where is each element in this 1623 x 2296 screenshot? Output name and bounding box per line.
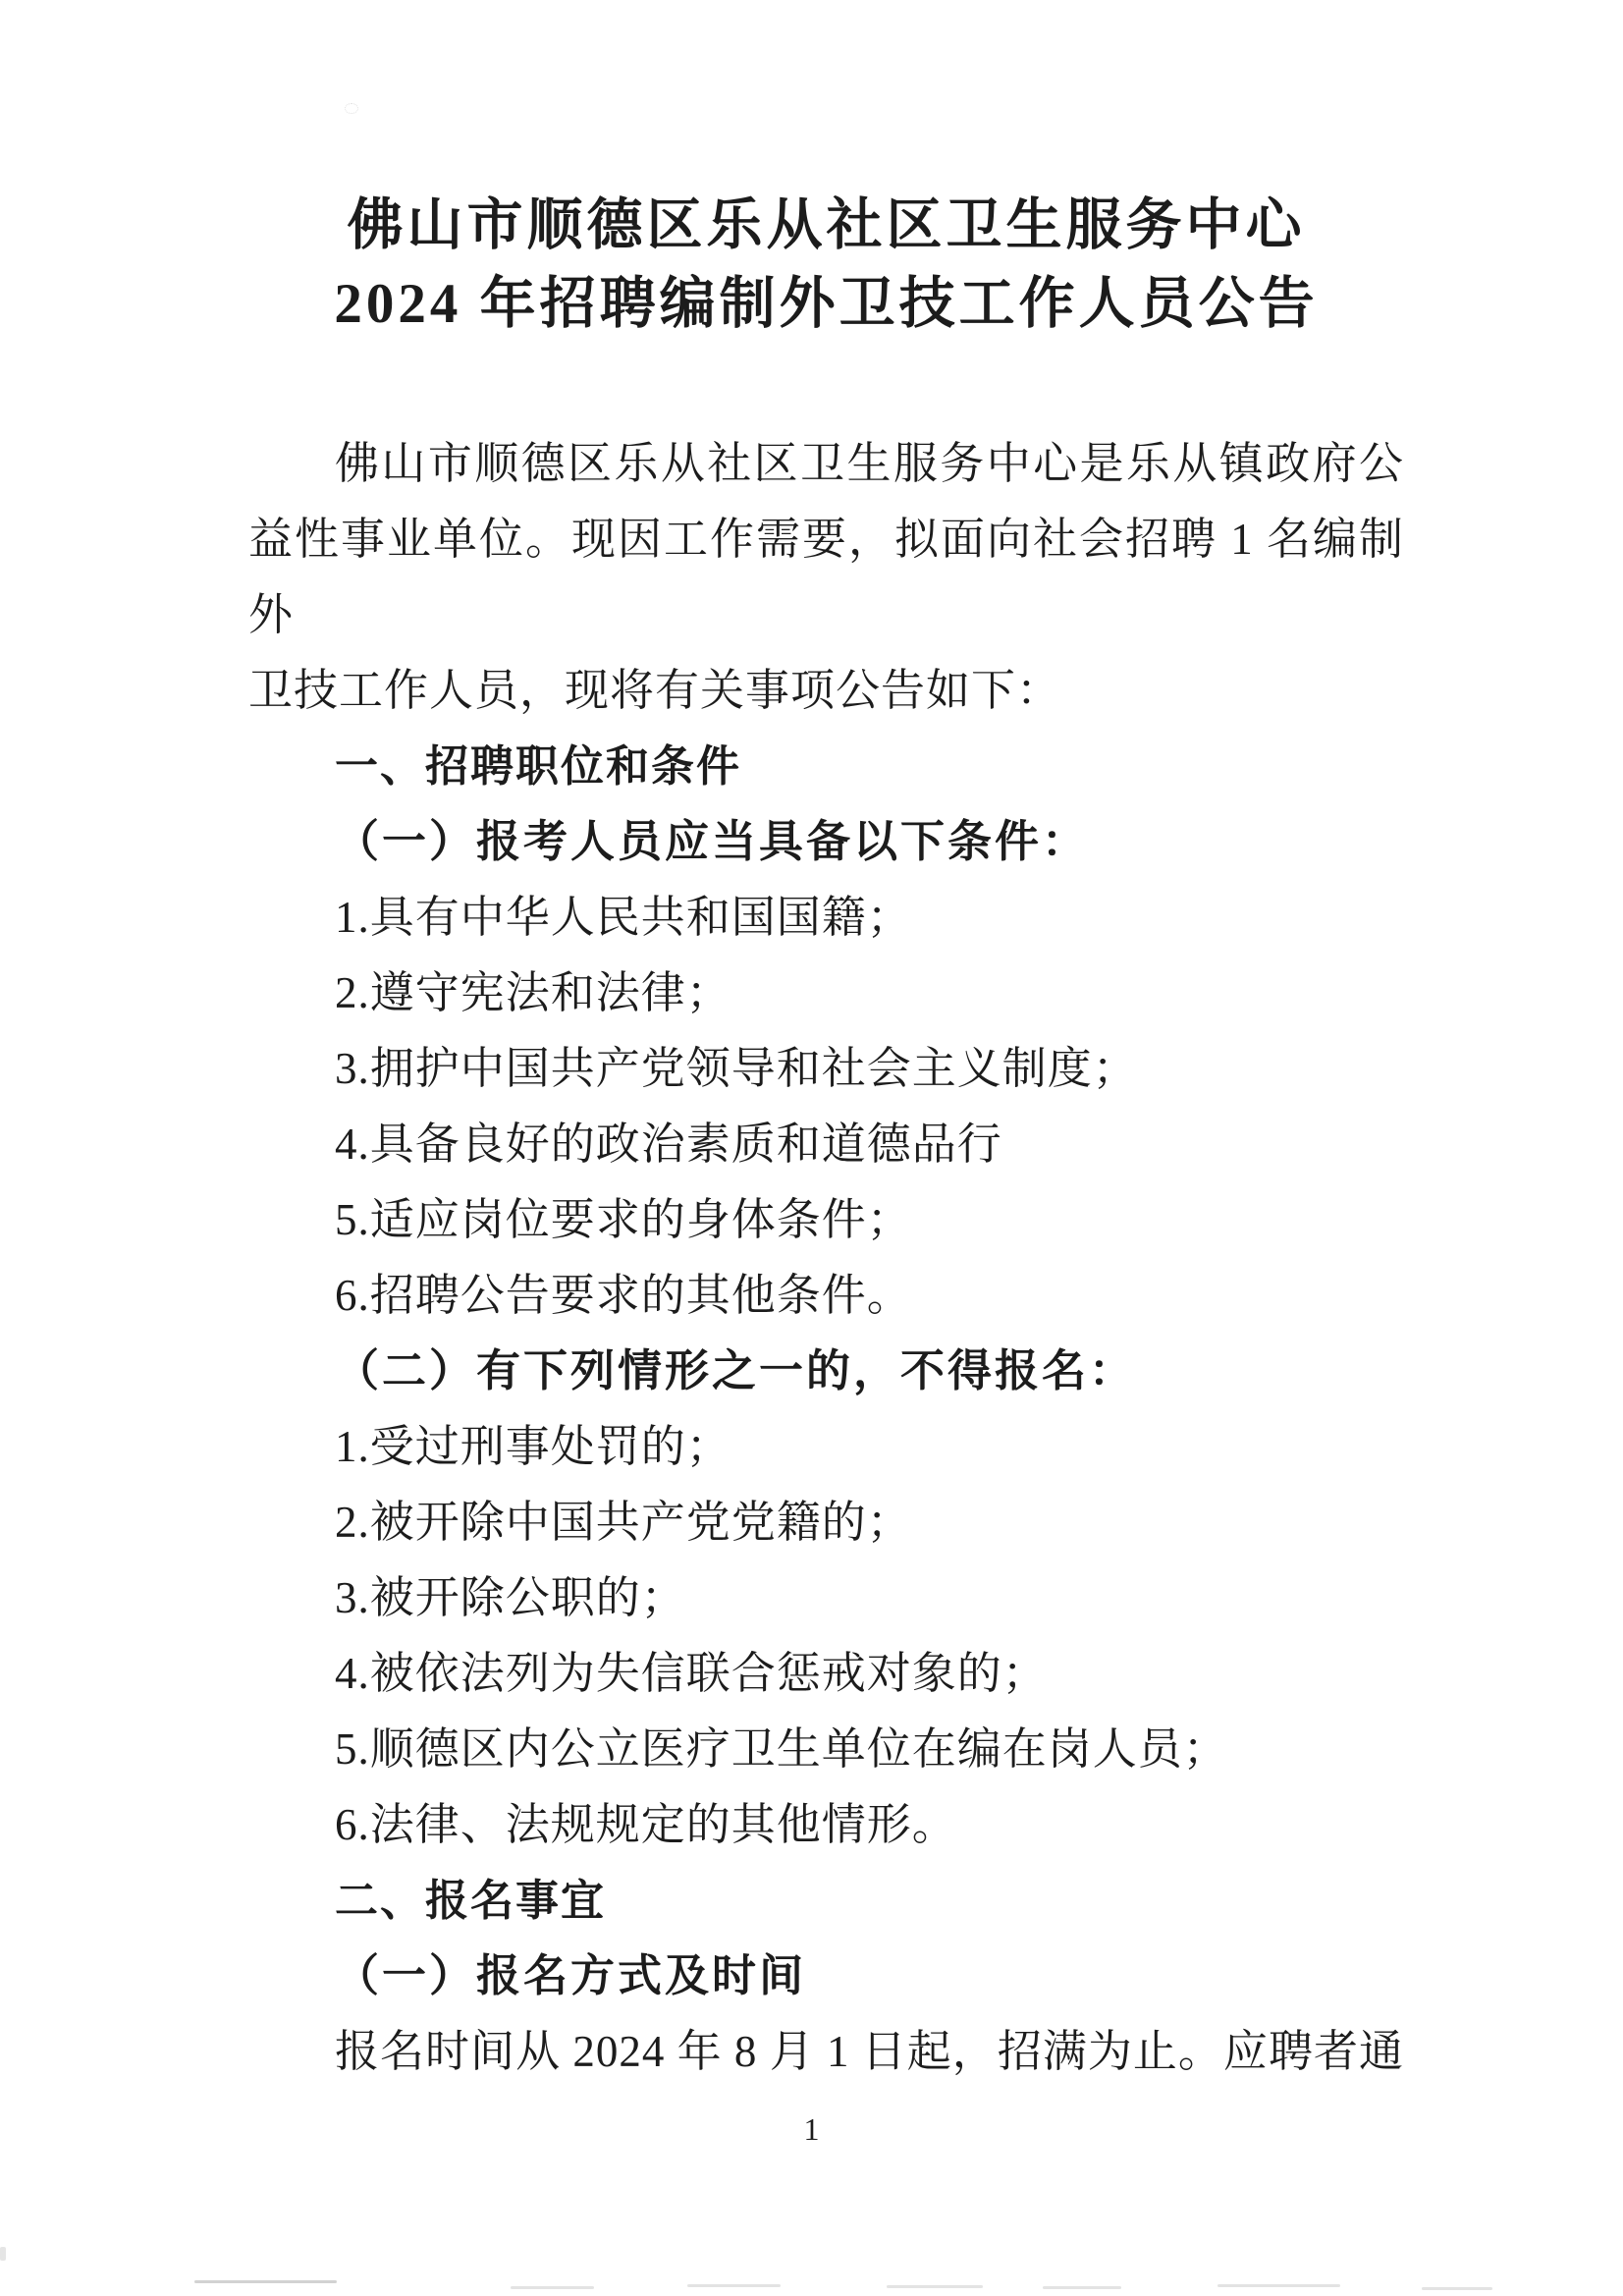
scan-edge-artifact xyxy=(0,2247,6,2261)
section-1-heading: 一、招聘职位和条件 xyxy=(248,729,1404,804)
document-body: 佛山市顺德区乐从社区卫生服务中心是乐从镇政府公 益性事业单位。现因工作需要，拟面… xyxy=(248,426,1404,2090)
page-number: 1 xyxy=(0,2109,1623,2149)
document-page: 佛山市顺德区乐从社区卫生服务中心 2024 年招聘编制外卫技工作人员公告 佛山市… xyxy=(0,0,1623,2296)
list-item: 6.法律、法规规定的其他情形。 xyxy=(248,1787,1404,1863)
list-item: 2.遵守宪法和法律； xyxy=(248,956,1404,1031)
document-content: 佛山市顺德区乐从社区卫生服务中心 2024 年招聘编制外卫技工作人员公告 佛山市… xyxy=(248,187,1404,2090)
scan-line-artifact xyxy=(687,2284,781,2287)
list-item: 4.被依法列为失信联合惩戒对象的； xyxy=(248,1636,1404,1712)
section-2-heading: 二、报名事宜 xyxy=(248,1863,1404,1939)
section-2-body-line: 报名时间从 2024 年 8 月 1 日起，招满为止。应聘者通 xyxy=(248,2014,1404,2090)
list-item: 5.顺德区内公立医疗卫生单位在编在岗人员； xyxy=(248,1712,1404,1787)
scan-line-artifact xyxy=(194,2280,337,2283)
title-line-1: 佛山市顺德区乐从社区卫生服务中心 xyxy=(248,187,1404,265)
document-title: 佛山市顺德区乐从社区卫生服务中心 2024 年招聘编制外卫技工作人员公告 xyxy=(248,187,1404,344)
intro-line-1: 佛山市顺德区乐从社区卫生服务中心是乐从镇政府公 xyxy=(248,426,1404,502)
intro-line-3: 卫技工作人员，现将有关事项公告如下： xyxy=(248,653,1404,729)
section-1-sub-1-heading: （一）报考人员应当具备以下条件： xyxy=(248,804,1404,880)
list-item: 1.具有中华人民共和国国籍； xyxy=(248,880,1404,956)
list-item: 3.被开除公职的； xyxy=(248,1560,1404,1636)
list-item: 6.招聘公告要求的其他条件。 xyxy=(248,1258,1404,1334)
title-line-2: 2024 年招聘编制外卫技工作人员公告 xyxy=(248,265,1404,344)
section-2-sub-1-heading: （一）报名方式及时间 xyxy=(248,1939,1404,2014)
scan-speck-artifact xyxy=(345,103,358,114)
list-item: 1.受过刑事处罚的； xyxy=(248,1409,1404,1485)
scan-line-artifact xyxy=(887,2285,983,2288)
list-item: 4.具备良好的政治素质和道德品行 xyxy=(248,1107,1404,1182)
intro-line-2: 益性事业单位。现因工作需要，拟面向社会招聘 1 名编制外 xyxy=(248,502,1404,653)
list-item: 3.拥护中国共产党领导和社会主义制度； xyxy=(248,1031,1404,1107)
scan-line-artifact xyxy=(1422,2287,1492,2290)
list-item: 2.被开除中国共产党党籍的； xyxy=(248,1485,1404,1560)
section-1-sub-2-heading: （二）有下列情形之一的，不得报名： xyxy=(248,1334,1404,1409)
list-item: 5.适应岗位要求的身体条件； xyxy=(248,1182,1404,1258)
scan-line-artifact xyxy=(1043,2286,1121,2289)
scan-line-artifact xyxy=(1217,2284,1340,2287)
scan-line-artifact xyxy=(511,2286,594,2289)
